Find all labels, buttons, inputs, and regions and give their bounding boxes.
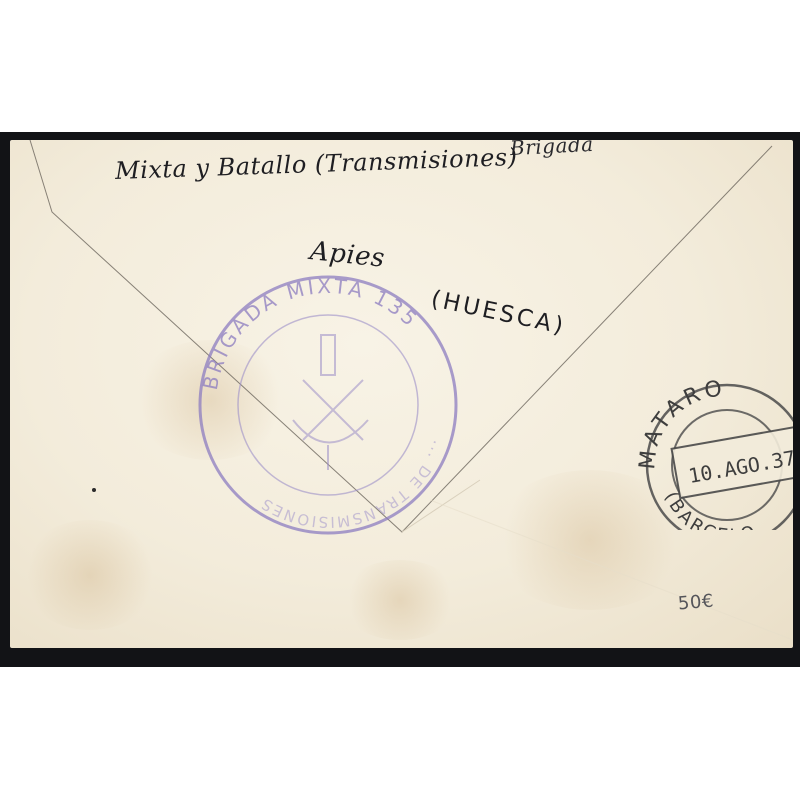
brigada-mixta-cachet: BRIGADA MIXTA 135 ... DE TRANSMISIONES <box>193 270 463 540</box>
ink-speck <box>92 488 96 492</box>
svg-text:BRIGADA MIXTA 135: BRIGADA MIXTA 135 <box>198 274 424 392</box>
svg-text:(BARCELO: (BARCELO <box>660 489 760 530</box>
envelope-back: Brigada Mixta y Batallo (Transmisiones) … <box>10 140 793 648</box>
pencil-price-note: 50€ <box>677 590 715 614</box>
mataro-postmark: 10.AGO.37 MATARO (BARCELO <box>635 350 793 530</box>
